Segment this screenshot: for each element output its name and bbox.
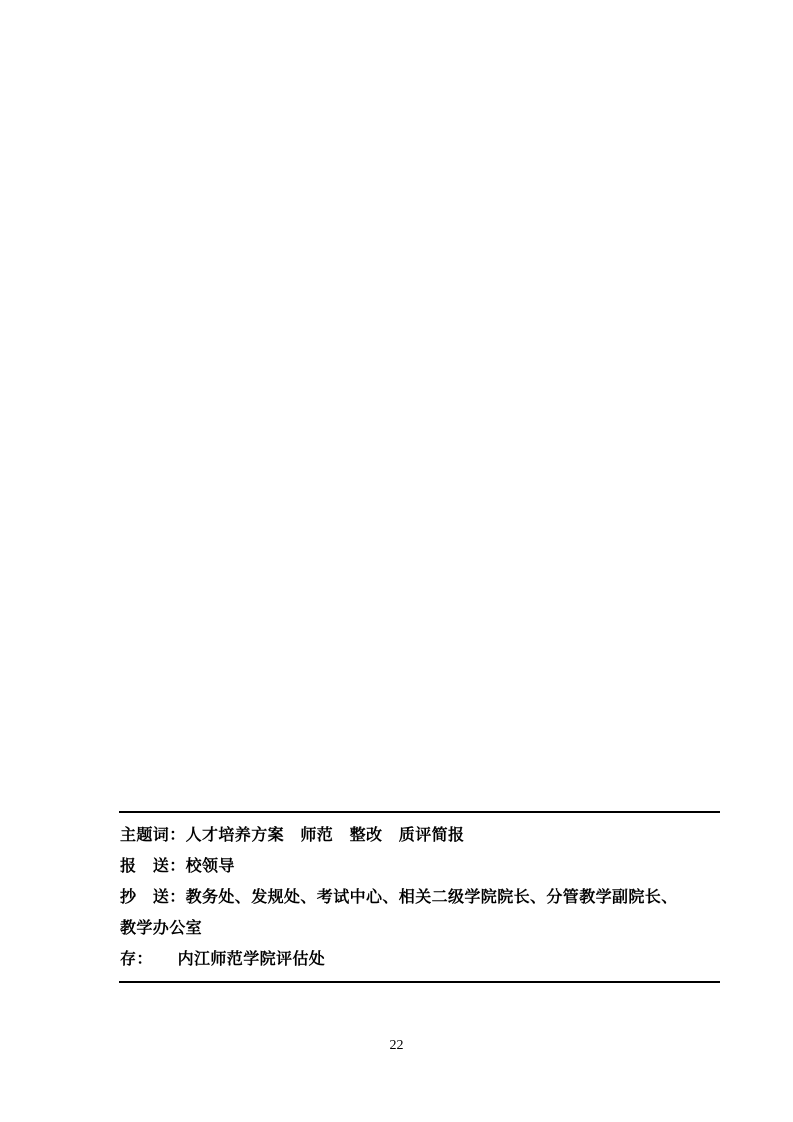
archive-line: 存： 内江师范学院评估处 xyxy=(120,944,725,975)
copy-to-line: 抄 送：教务处、发规处、考试中心、相关二级学院院长、分管教学副院长、 xyxy=(120,882,725,913)
report-to-line: 报 送：校领导 xyxy=(120,851,725,882)
subject-keywords-line: 主题词：人才培养方案 师范 整改 质评简报 xyxy=(120,820,725,851)
document-page: 主题词：人才培养方案 师范 整改 质评简报 报 送：校领导 抄 送：教务处、发规… xyxy=(0,0,793,1122)
copy-to-continuation-line: 教学办公室 xyxy=(120,913,725,944)
document-footer-block: 主题词：人才培养方案 师范 整改 质评简报 报 送：校领导 抄 送：教务处、发规… xyxy=(120,820,725,975)
footer-top-rule xyxy=(119,811,720,813)
page-number: 22 xyxy=(0,1039,793,1053)
footer-bottom-rule xyxy=(119,981,720,983)
